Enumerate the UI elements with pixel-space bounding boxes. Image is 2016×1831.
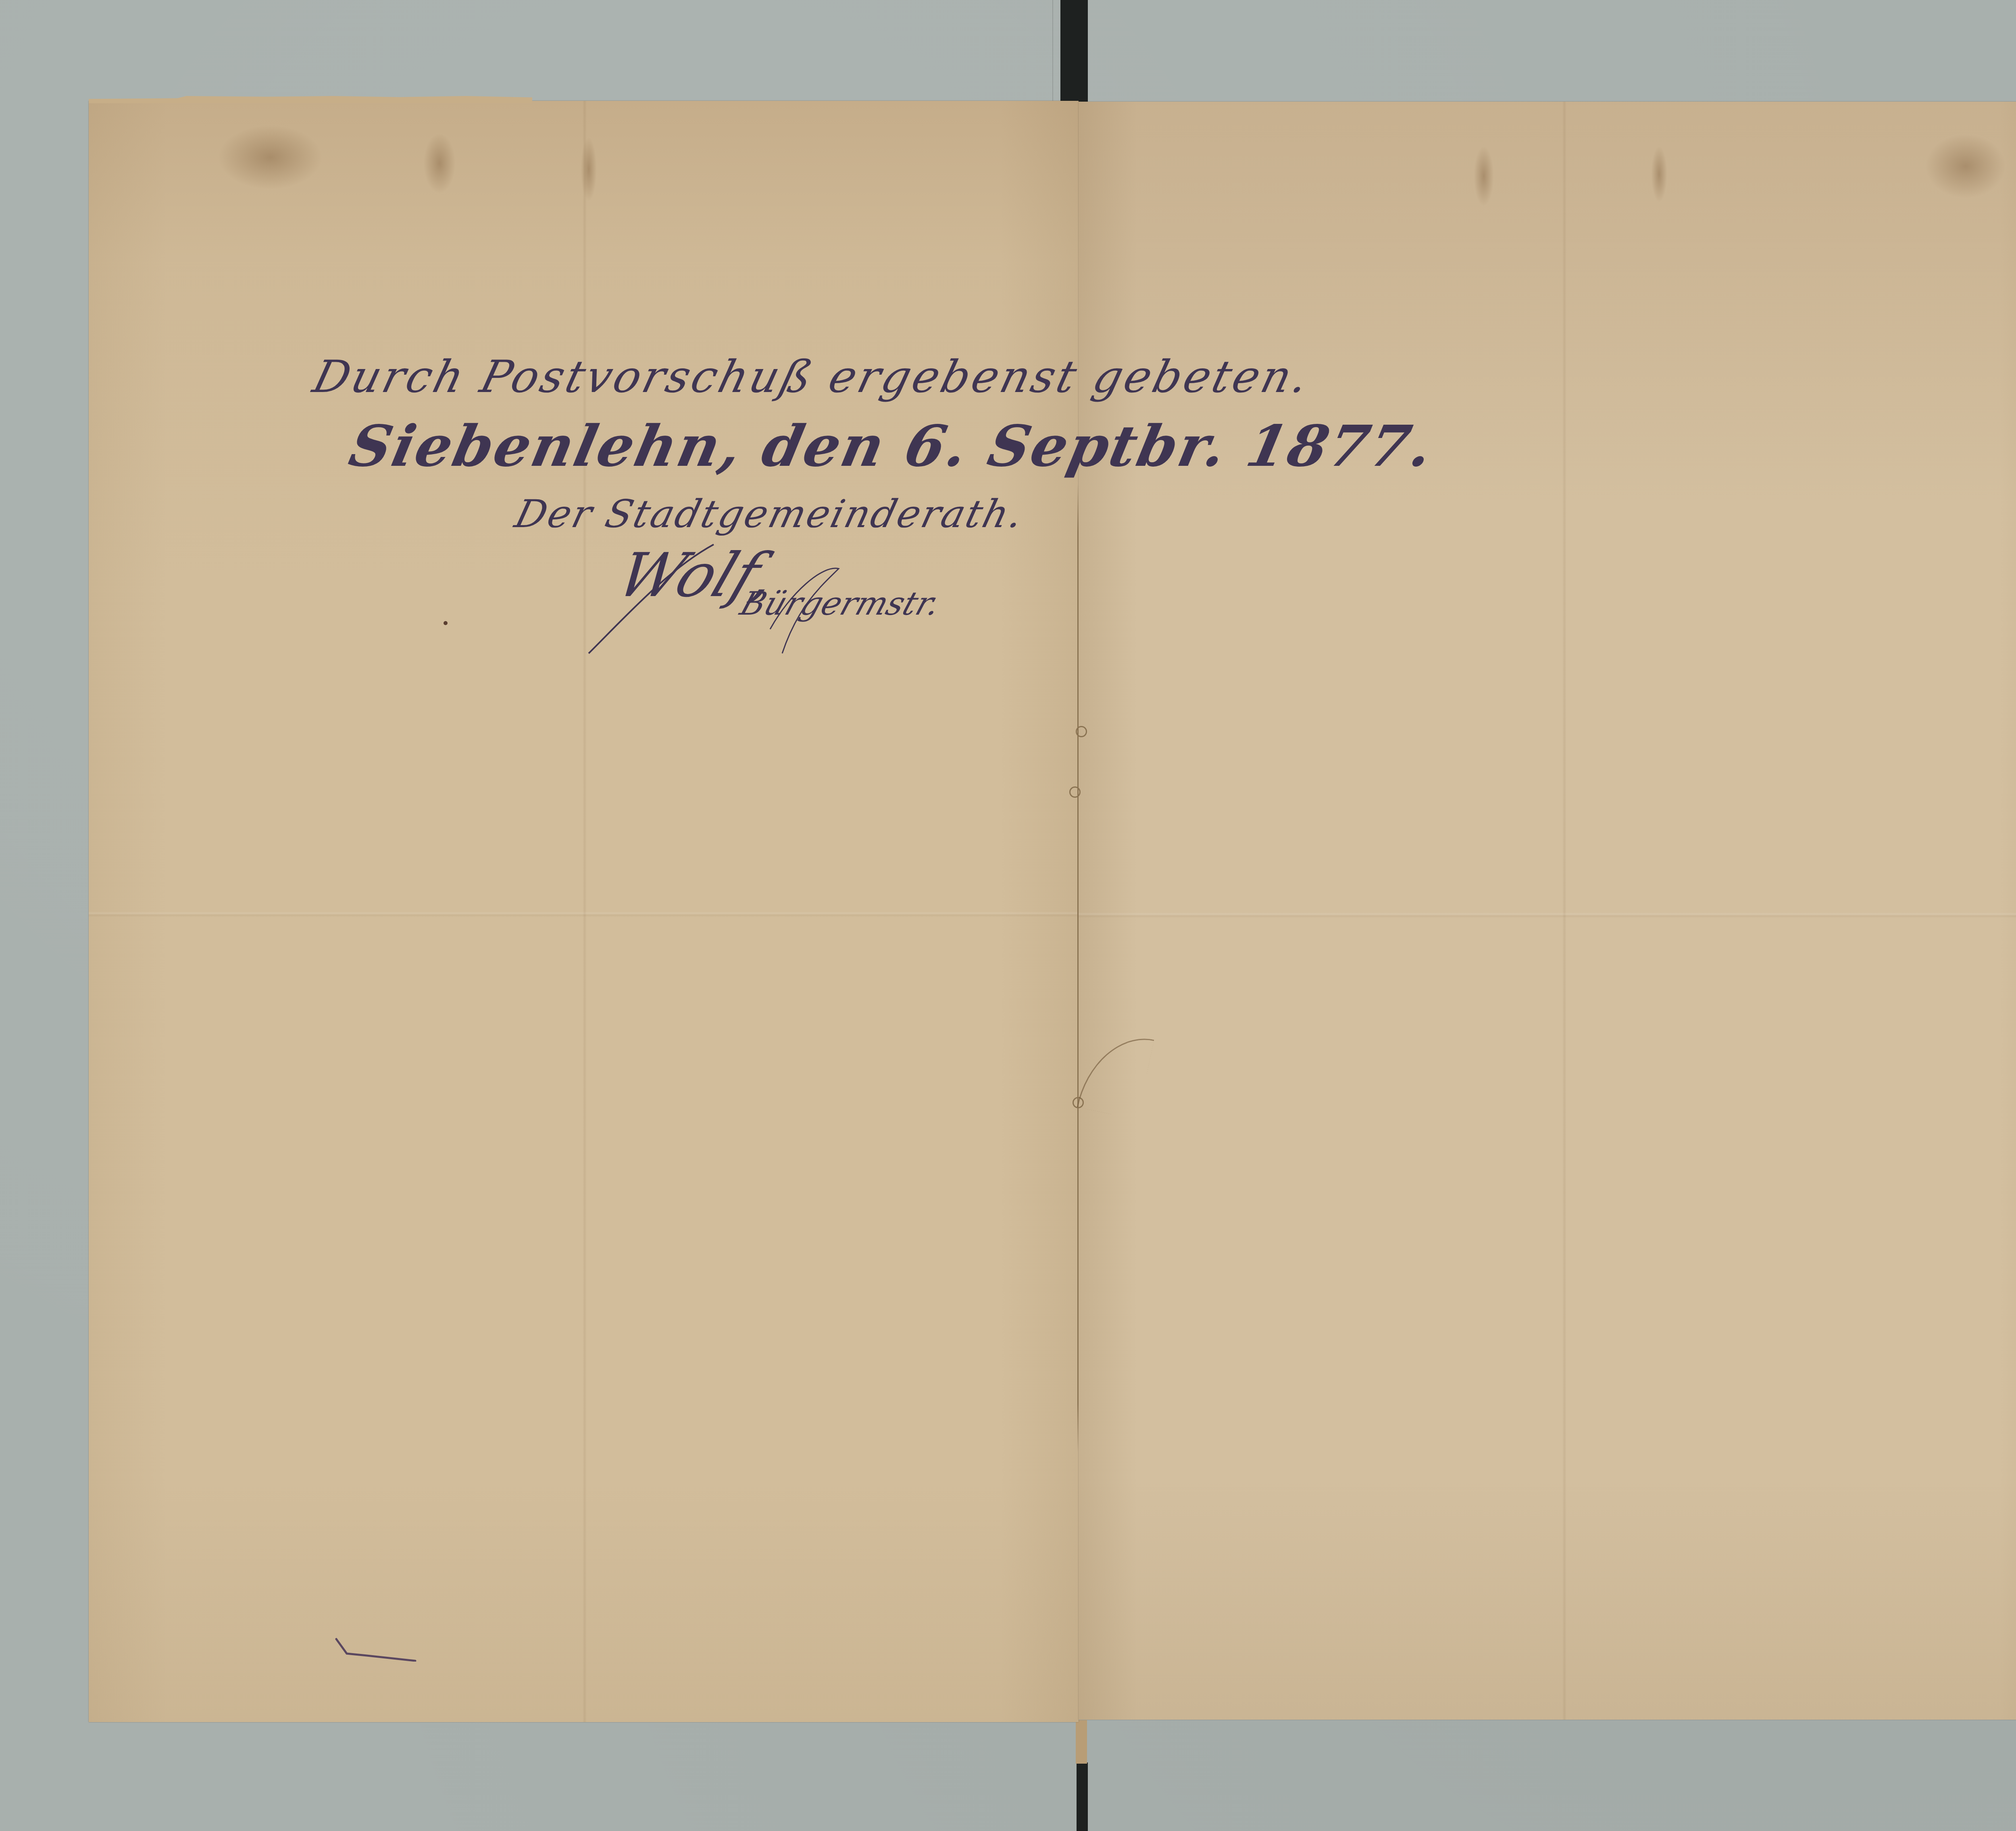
thread-knot [1069,786,1081,798]
fold-crease [1079,912,2016,918]
fold-crease [1562,102,1566,1720]
board-seam [1052,0,1053,101]
binding-strip-top [1060,0,1088,103]
left-page [89,101,1079,1722]
right-page [1079,102,2016,1720]
inscription-line-request: Durch Postvorschuß ergebenst gebeten. [308,351,1316,402]
inscription-authority: Der Stadtgemeinderath. [510,492,1029,536]
stain [581,137,597,202]
signature-title: Bürgermstr. [736,585,946,622]
fold-crease [89,911,1079,917]
spine-tab [1076,1720,1087,1764]
stain [423,133,456,194]
ink-spot [444,621,448,625]
binding-strip-bottom [1077,1762,1088,1831]
stain [1474,146,1494,206]
stain [1925,134,2006,198]
inscription-place-date: Siebenlehn, den 6. Septbr. 1877. [344,413,1440,480]
stain [218,125,323,190]
stain [1651,146,1667,202]
thread-knot [1076,726,1087,737]
binding-thread [1077,484,1079,1452]
pen-mark-icon [335,1637,423,1662]
